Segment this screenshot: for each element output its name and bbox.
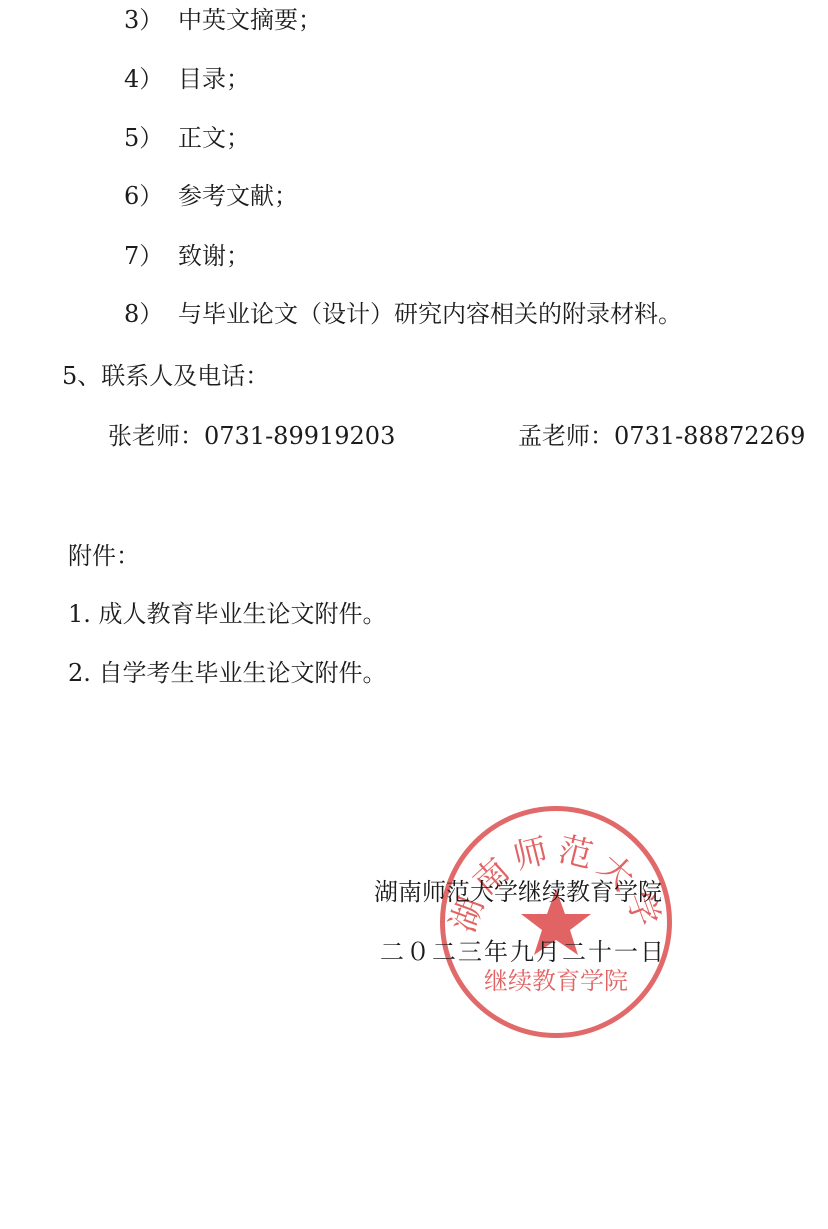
signature-date: 二０二三年九月二十一日: [380, 936, 666, 968]
contact-heading: 5、联系人及电话：: [62, 360, 269, 392]
svg-text:继续教育学院: 继续教育学院: [484, 967, 628, 995]
list-item: 3）中英文摘要；: [124, 4, 322, 36]
contact-person-1: 张老师：0731-89919203: [108, 420, 395, 452]
list-item: 8）与毕业论文（设计）研究内容相关的附录材料。: [124, 298, 682, 330]
list-item: 4）目录；: [124, 63, 250, 95]
contact-person-2: 孟老师：0731-88872269: [518, 420, 805, 452]
official-seal: 湖南师范大学 继续教育学院: [440, 806, 672, 1038]
list-item: 5）正文；: [124, 122, 250, 154]
list-item: 7）致谢；: [124, 240, 250, 272]
attachment-item: 2. 自学考生毕业生论文附件。: [68, 657, 387, 689]
organization-name: 湖南师范大学继续教育学院: [374, 876, 662, 908]
list-item: 6）参考文献；: [124, 180, 298, 212]
seal-star-icon: 湖南师范大学 继续教育学院: [445, 811, 667, 1033]
attachment-item: 1. 成人教育毕业生论文附件。: [68, 598, 387, 630]
attachments-heading: 附件：: [68, 540, 140, 572]
